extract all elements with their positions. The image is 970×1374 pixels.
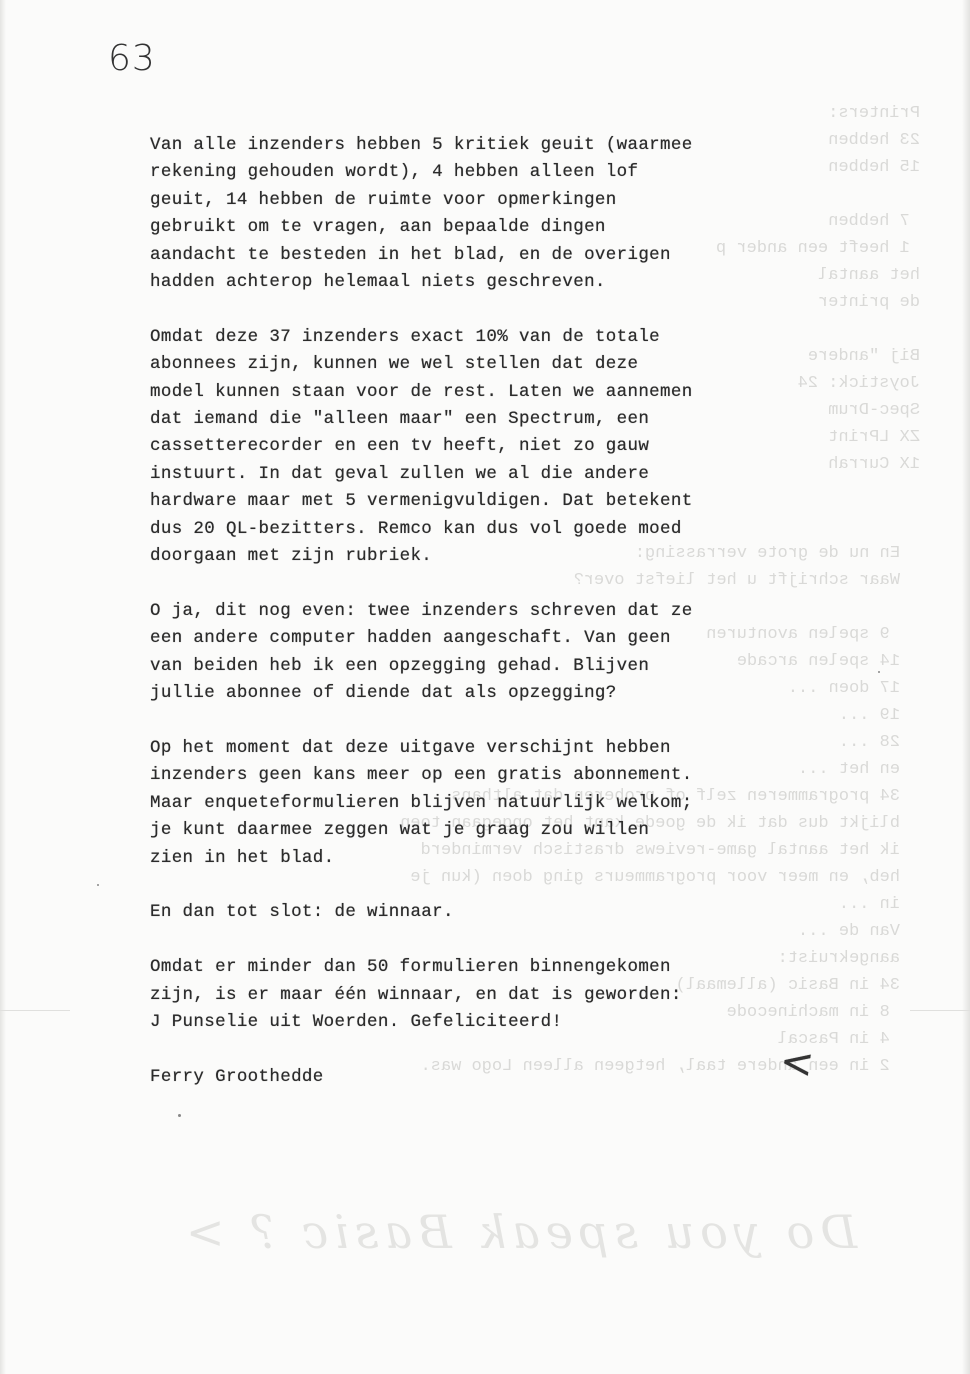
paragraph: Op het moment dat deze uitgave verschijn… xyxy=(150,735,870,872)
text-line: cassetterecorder en een tv heeft, niet z… xyxy=(150,433,870,460)
text-line: instuurt. In dat geval zullen we al die … xyxy=(150,461,870,488)
author-signature: Ferry Groothedde xyxy=(150,1067,324,1087)
text-line: zijn, is er maar één winnaar, en dat is … xyxy=(150,982,870,1009)
text-line: rekening gehouden wordt), 4 hebben allee… xyxy=(150,159,870,186)
article-body: Van alle inzenders hebben 5 kritiek geui… xyxy=(150,132,870,1091)
text-line: een andere computer hadden aangeschaft. … xyxy=(150,625,870,652)
page-right-edge-shadow xyxy=(962,0,970,1374)
text-line: hadden achterop helemaal niets geschreve… xyxy=(150,269,870,296)
text-line: Omdat deze 37 inzenders exact 10% van de… xyxy=(150,324,870,351)
text-line: jullie abonnee of diende dat als opzeggi… xyxy=(150,680,870,707)
check-mark-icon: < xyxy=(778,1047,815,1079)
text-line: En dan tot slot: de winnaar. xyxy=(150,899,870,926)
text-line: Van alle inzenders hebben 5 kritiek geui… xyxy=(150,132,870,159)
text-line: doorgaan met zijn rubriek. xyxy=(150,543,870,570)
fold-crease-left xyxy=(0,1010,70,1011)
paragraph: O ja, dit nog even: twee inzenders schre… xyxy=(150,598,870,708)
text-line: J Punselie uit Woerden. Gefeliciteerd! xyxy=(150,1009,870,1036)
text-line: dus 20 QL-bezitters. Remco kan dus vol g… xyxy=(150,516,870,543)
text-line: zien in het blad. xyxy=(150,845,870,872)
paragraph-container: Van alle inzenders hebben 5 kritiek geui… xyxy=(150,132,870,1036)
text-line: je kunt daarmee zeggen wat je graag zou … xyxy=(150,817,870,844)
speck xyxy=(178,1114,181,1117)
text-line: O ja, dit nog even: twee inzenders schre… xyxy=(150,598,870,625)
text-line: Omdat er minder dan 50 formulieren binne… xyxy=(150,954,870,981)
page-number: 63 xyxy=(108,38,156,79)
speck xyxy=(97,884,99,886)
text-line: abonnees zijn, kunnen we wel stellen dat… xyxy=(150,351,870,378)
paragraph: Omdat deze 37 inzenders exact 10% van de… xyxy=(150,324,870,571)
paragraph: Omdat er minder dan 50 formulieren binne… xyxy=(150,954,870,1036)
text-line: Maar enqueteformulieren blijven natuurli… xyxy=(150,790,870,817)
text-line: dat iemand die "alleen maar" een Spectru… xyxy=(150,406,870,433)
handwritten-note-show-through: Do you speak Basic ? > xyxy=(180,1205,857,1259)
text-line: aandacht te besteden in het blad, en de … xyxy=(150,242,870,269)
text-line: Op het moment dat deze uitgave verschijn… xyxy=(150,735,870,762)
fold-crease-right xyxy=(910,1010,970,1011)
text-line: hardware maar met 5 vermenigvuldigen. Da… xyxy=(150,488,870,515)
text-line: inzenders geen kans meer op een gratis a… xyxy=(150,762,870,789)
signature-row: Ferry Groothedde < xyxy=(150,1064,870,1091)
paragraph: Van alle inzenders hebben 5 kritiek geui… xyxy=(150,132,870,296)
text-line: geuit, 14 hebben de ruimte voor opmerkin… xyxy=(150,187,870,214)
text-line: van beiden heb ik een opzegging gehad. B… xyxy=(150,653,870,680)
text-line: gebruikt om te vragen, aan bepaalde ding… xyxy=(150,214,870,241)
paragraph: En dan tot slot: de winnaar. xyxy=(150,899,870,926)
text-line: model kunnen staan voor de rest. Laten w… xyxy=(150,379,870,406)
speck xyxy=(878,671,880,673)
page-left-edge-shadow xyxy=(0,0,6,1374)
